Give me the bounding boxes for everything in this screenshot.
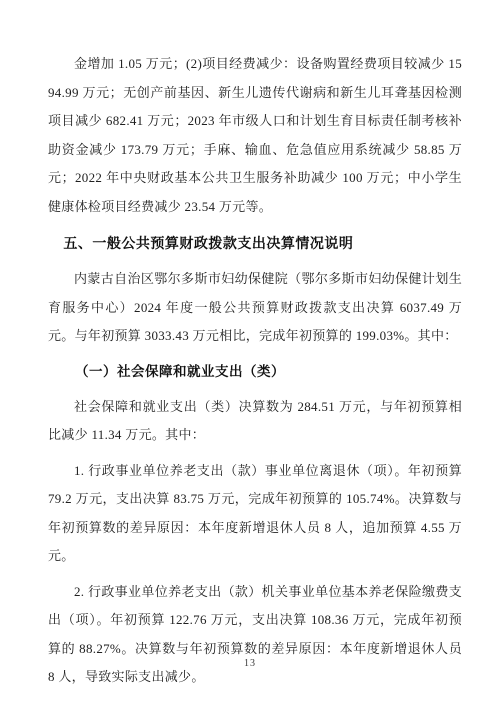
paragraph-subsection1-intro: 社会保障和就业支出（类）决算数为 284.51 万元，与年初预算相比减少 11.…	[48, 393, 462, 450]
page-content: 金增加 1.05 万元；(2)项目经费减少：设备购置经费项目较减少 1594.9…	[48, 50, 462, 699]
paragraph-expense-reduction: 金增加 1.05 万元；(2)项目经费减少：设备购置经费项目较减少 1594.9…	[48, 50, 462, 221]
heading-section-5: 五、一般公共预算财政拨款支出决算情况说明	[48, 229, 462, 257]
document-page: 金增加 1.05 万元；(2)项目经费减少：设备购置经费项目较减少 1594.9…	[0, 0, 500, 707]
heading-subsection-1: （一）社会保障和就业支出（类）	[48, 358, 462, 386]
paragraph-item-1: 1. 行政事业单位养老支出（款）事业单位离退休（项）。年初预算 79.2 万元，…	[48, 457, 462, 571]
paragraph-section5-intro: 内蒙古自治区鄂尔多斯市妇幼保健院（鄂尔多斯市妇幼保健计划生育服务中心）2024 …	[48, 265, 462, 351]
page-number: 13	[0, 658, 500, 669]
paragraph-item-2: 2. 行政事业单位养老支出（款）机关事业单位基本养老保险缴费支出（项）。年初预算…	[48, 578, 462, 692]
